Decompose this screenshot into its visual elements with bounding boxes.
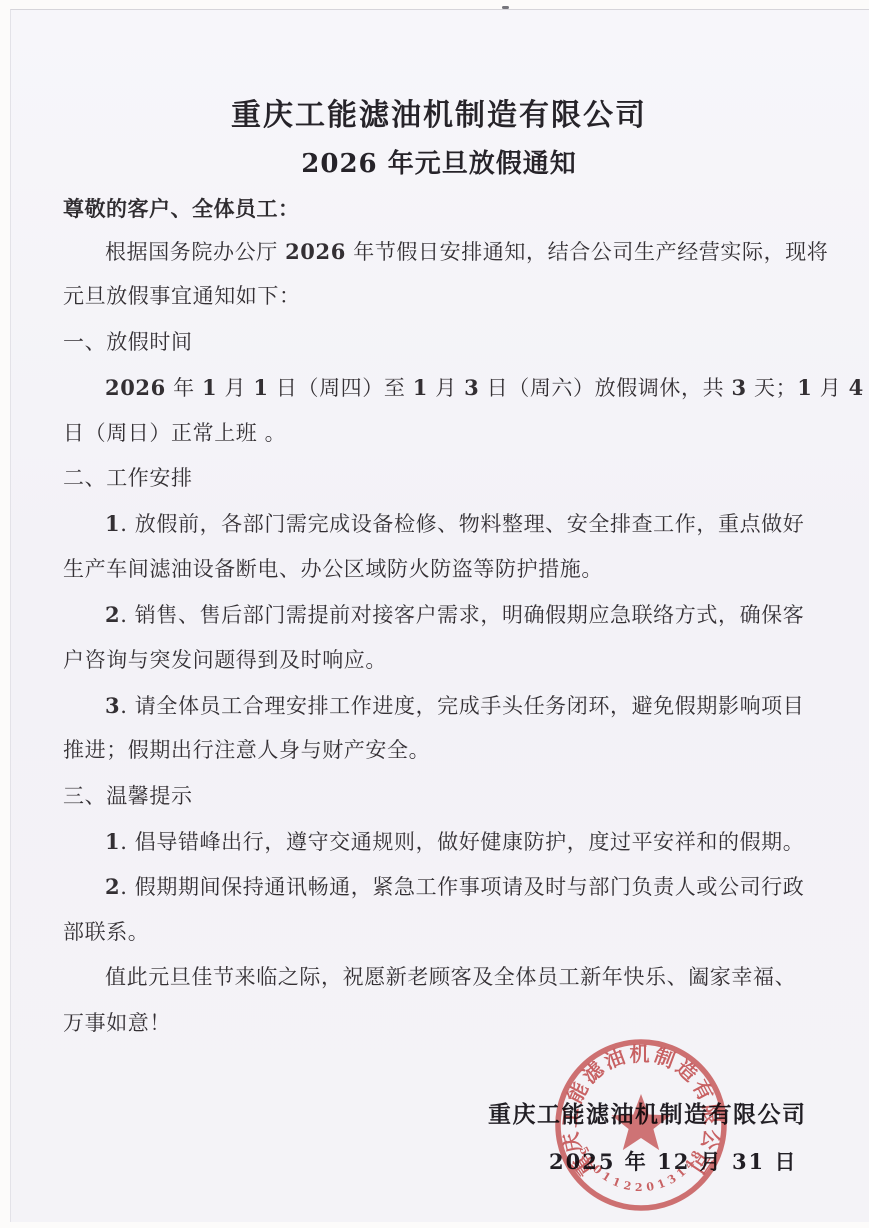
body-line: 部联系。 — [63, 919, 815, 964]
body-line: 根据国务院办公厅 2026 年节假日安排通知，结合公司生产经营实际，现将 — [63, 238, 815, 283]
body-line: 1. 放假前，各部门需完成设备检修、物料整理、安全排查工作，重点做好 — [63, 510, 815, 555]
body-line: 日（周日）正常上班 。 — [63, 420, 815, 465]
body-line: 3. 请全体员工合理安排工作进度，完成手头任务闭环，避免假期影响项目 — [63, 692, 815, 737]
company-title: 重庆工能滤油机制造有限公司 — [63, 90, 815, 134]
section-heading-2: 二、工作安排 — [63, 465, 815, 510]
scanned-notice-document: { "document": { "title_line1": "重庆工能滤油机制… — [0, 0, 869, 1228]
body-line: 元旦放假事宜通知如下： — [63, 283, 815, 328]
document-page: 重庆工能滤油机制造有限公司 2026 年元旦放假通知 尊敬的客户、全体员工： 根… — [10, 9, 869, 1222]
body-text: 根据国务院办公厅 2026 年节假日安排通知，结合公司生产经营实际，现将 元旦放… — [63, 238, 815, 1055]
body-line: 2. 假期期间保持通讯畅通，紧急工作事项请及时与部门负责人或公司行政 — [63, 873, 815, 918]
notice-title: 2026 年元旦放假通知 — [63, 143, 815, 180]
body-line: 推进；假期出行注意人身与财产安全。 — [63, 737, 815, 782]
salutation-line: 尊敬的客户、全体员工： — [63, 193, 300, 223]
section-heading-3: 三、温馨提示 — [63, 783, 815, 828]
body-line: 2. 销售、售后部门需提前对接客户需求，明确假期应急联络方式，确保客 — [63, 601, 815, 646]
section-heading-1: 一、放假时间 — [63, 329, 815, 374]
body-line: 2026 年 1 月 1 日（周四）至 1 月 3 日（周六）放假调休，共 3 … — [63, 374, 815, 419]
body-line: 值此元旦佳节来临之际，祝愿新老顾客及全体员工新年快乐、阖家幸福、 — [63, 964, 815, 1009]
body-line: 生产车间滤油设备断电、办公区域防火防盗等防护措施。 — [63, 556, 815, 601]
body-line: 1. 倡导错峰出行，遵守交通规则，做好健康防护，度过平安祥和的假期。 — [63, 828, 815, 873]
company-seal-stamp: 重庆工能滤油机制造有限公司 5001122013148 — [546, 1030, 736, 1220]
seal-star-icon — [612, 1094, 671, 1150]
seal-serial-arc-text: 5001122013148 — [577, 1145, 706, 1194]
body-line: 户咨询与突发问题得到及时响应。 — [63, 647, 815, 692]
